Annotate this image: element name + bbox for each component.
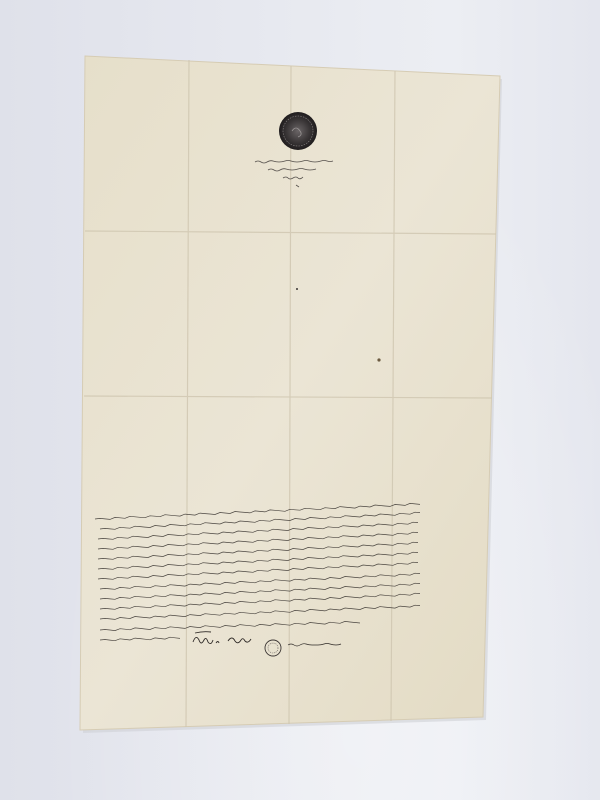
document-paper [0,0,600,800]
tughra-seal-icon [279,112,317,150]
